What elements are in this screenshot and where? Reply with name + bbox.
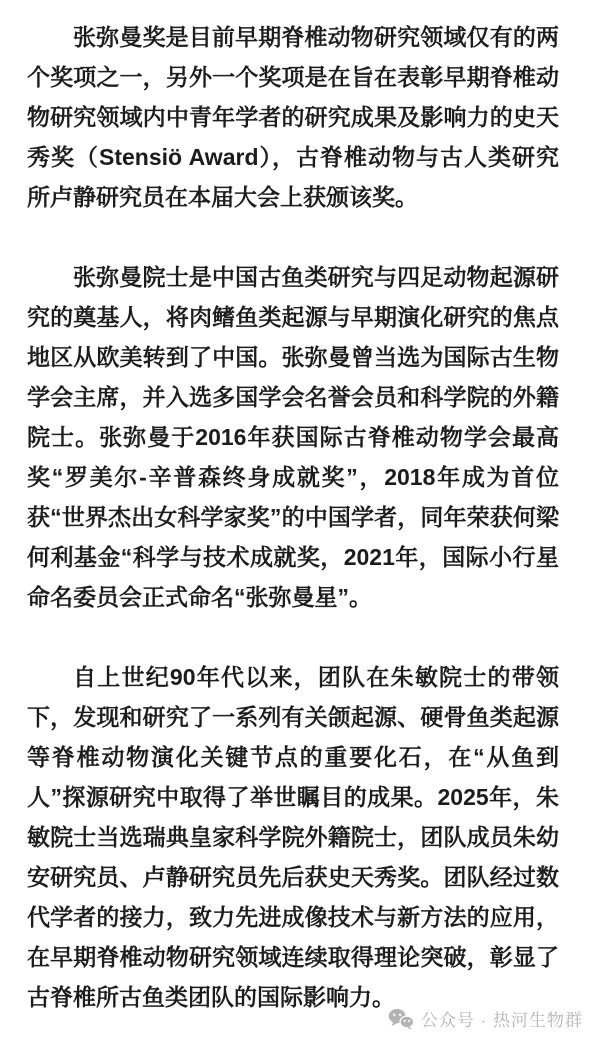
- paragraph-zhang-miman-bio: 张弥曼院士是中国古鱼类研究与四足动物起源研究的奠基人，将肉鳍鱼类起源与早期演化研…: [27, 257, 559, 617]
- wechat-icon: [388, 1008, 414, 1030]
- article-page: 张弥曼奖是目前早期脊椎动物研究领域仅有的两个奖项之一，另外一个奖项是在旨在表彰早…: [0, 0, 600, 1017]
- paragraph-team-achievements: 自上世纪90年代以来，团队在朱敏院士的带领下，发现和研究了一系列有关颌起源、硬骨…: [27, 657, 559, 1017]
- article-body: 张弥曼奖是目前早期脊椎动物研究领域仅有的两个奖项之一，另外一个奖项是在旨在表彰早…: [0, 0, 600, 1017]
- wechat-watermark: 公众号 · 热河生物群: [388, 1006, 583, 1031]
- paragraph-award-intro: 张弥曼奖是目前早期脊椎动物研究领域仅有的两个奖项之一，另外一个奖项是在旨在表彰早…: [27, 17, 559, 217]
- watermark-label: 公众号 · 热河生物群: [421, 1006, 583, 1031]
